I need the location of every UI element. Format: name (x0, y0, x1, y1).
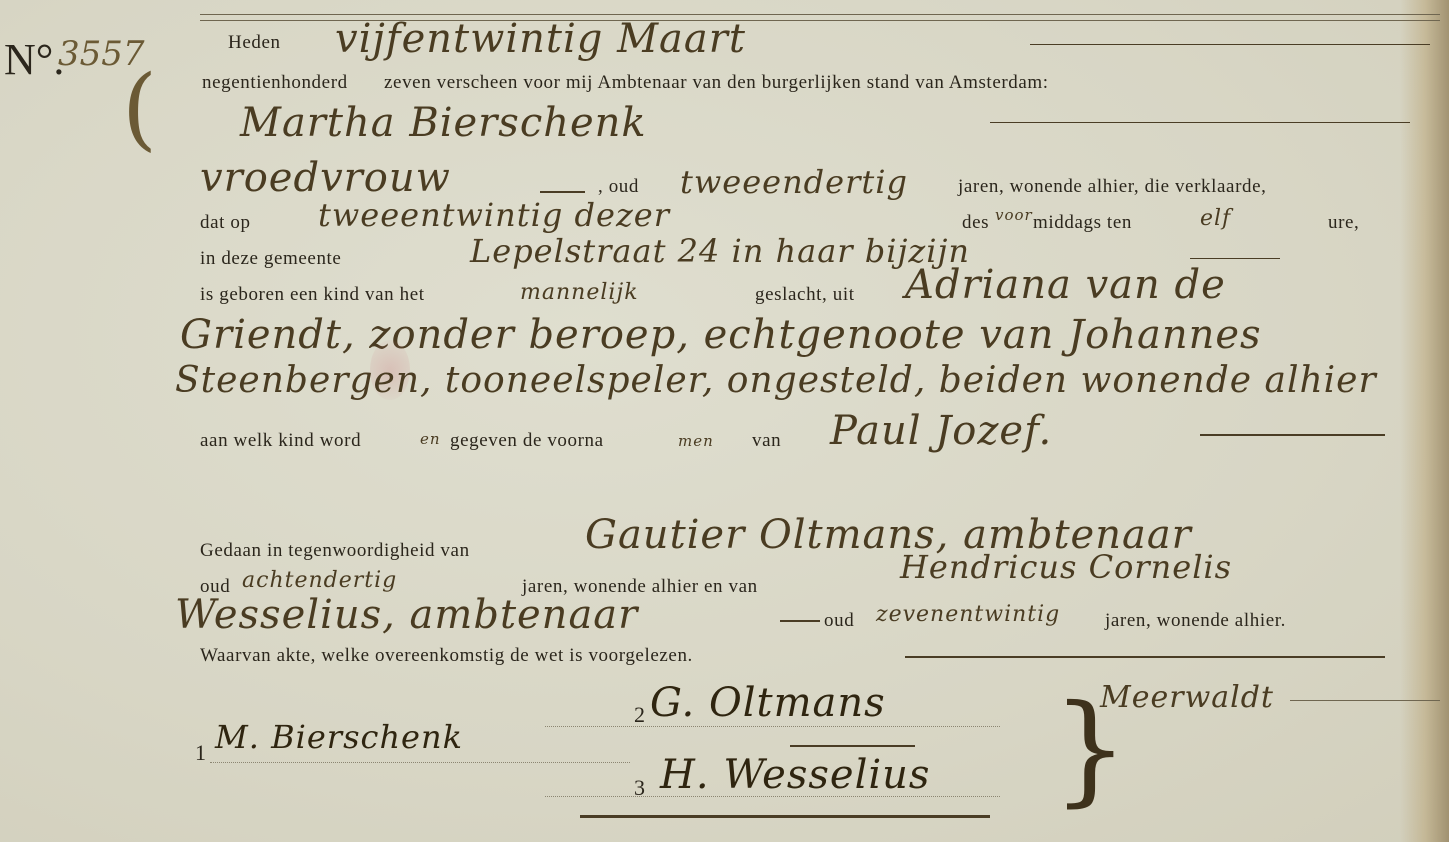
hand-child-names: Paul Jozef. (830, 408, 1052, 454)
signature-witness-1: G. Oltmans (650, 680, 886, 726)
print-aan-welk-kind: aan welk kind word (200, 430, 361, 452)
signature-number-3: 3 (634, 775, 645, 801)
print-jaren-4: jaren, wonende alhier, die verklaarde, (958, 176, 1266, 198)
hand-father-details: Steenbergen, tooneelspeler, ongesteld, b… (175, 360, 1377, 401)
register-page: N°. 3557 ( Heden vijfentwintig Maart neg… (0, 0, 1449, 842)
dash-13 (780, 620, 820, 622)
signature-official: Meerwaldt (1100, 680, 1274, 715)
print-van: van (752, 430, 781, 452)
print-gemeente: in deze gemeente (200, 248, 341, 270)
hand-mother-details: Griendt, zonder beroep, echtgenoote van … (180, 312, 1262, 358)
hand-sex: mannelijk (520, 280, 639, 305)
margin-bracket: ( (122, 56, 157, 161)
print-gegeven: gegeven de voorna (450, 430, 604, 452)
hand-en: en (420, 430, 441, 448)
print-dat-op: dat op (200, 212, 251, 234)
print-geboren: is geboren een kind van het (200, 284, 425, 306)
hand-age-witness-1: achtendertig (242, 568, 397, 593)
hand-men: men (678, 432, 714, 450)
hand-declarant-name: Martha Bierschenk (240, 100, 647, 146)
underline-sig-2 (790, 745, 915, 747)
hand-mother-name-1: Adriana van de (905, 262, 1226, 308)
signature-number-2: 2 (634, 702, 645, 728)
fill-rule-14 (905, 656, 1385, 658)
print-gedaan: Gedaan in tegenwoordigheid van (200, 540, 470, 562)
underline-sig-3 (580, 815, 990, 818)
dash-4 (540, 191, 585, 193)
fill-rule-1 (1030, 44, 1430, 45)
print-year: negentienhonderd (202, 72, 348, 94)
print-oud: , oud (598, 176, 639, 198)
print-verscheen: zeven verscheen voor mij Ambtenaar van d… (384, 72, 1049, 94)
signature-number-1: 1 (195, 740, 206, 766)
hand-witness-2-name: Hendricus Cornelis (900, 548, 1232, 586)
print-waarvan: Waarvan akte, welke overeenkomstig de we… (200, 645, 693, 667)
fill-rule-6 (1190, 258, 1280, 259)
record-number-label: N°. (4, 34, 64, 85)
top-rule-1 (200, 14, 1440, 15)
print-oud-13: oud (824, 610, 854, 632)
hand-age-witness-2: zevenentwintig (876, 602, 1060, 627)
hand-date: vijfentwintig Maart (335, 16, 746, 62)
signature-line-2 (545, 726, 1000, 727)
print-heden: Heden (228, 32, 281, 54)
print-ure: ure, (1328, 212, 1359, 234)
signature-line-1 (210, 762, 630, 763)
hand-occupation: vroedvrouw (200, 155, 451, 201)
signature-witness-2: H. Wesselius (660, 752, 930, 798)
hand-address: Lepelstraat 24 in haar bijzijn (470, 232, 970, 270)
print-middags: middags ten (1033, 212, 1132, 234)
print-des: des (962, 212, 989, 234)
print-geslacht: geslacht, uit (755, 284, 855, 306)
hand-voor: voor (995, 206, 1033, 224)
hand-witness-2-surname: Wesselius, ambtenaar (175, 592, 638, 638)
official-flourish (1290, 700, 1440, 701)
hand-age-declarant: tweeendertig (680, 163, 908, 201)
signature-declarant: M. Bierschenk (215, 718, 463, 756)
hand-hour: elf (1200, 206, 1231, 231)
hand-birth-day: tweeentwintig dezer (318, 196, 670, 234)
fill-rule-10 (1200, 434, 1385, 436)
signature-line-3 (545, 796, 1000, 797)
print-jaren-13: jaren, wonende alhier. (1105, 610, 1286, 632)
fill-rule-3 (990, 122, 1410, 123)
